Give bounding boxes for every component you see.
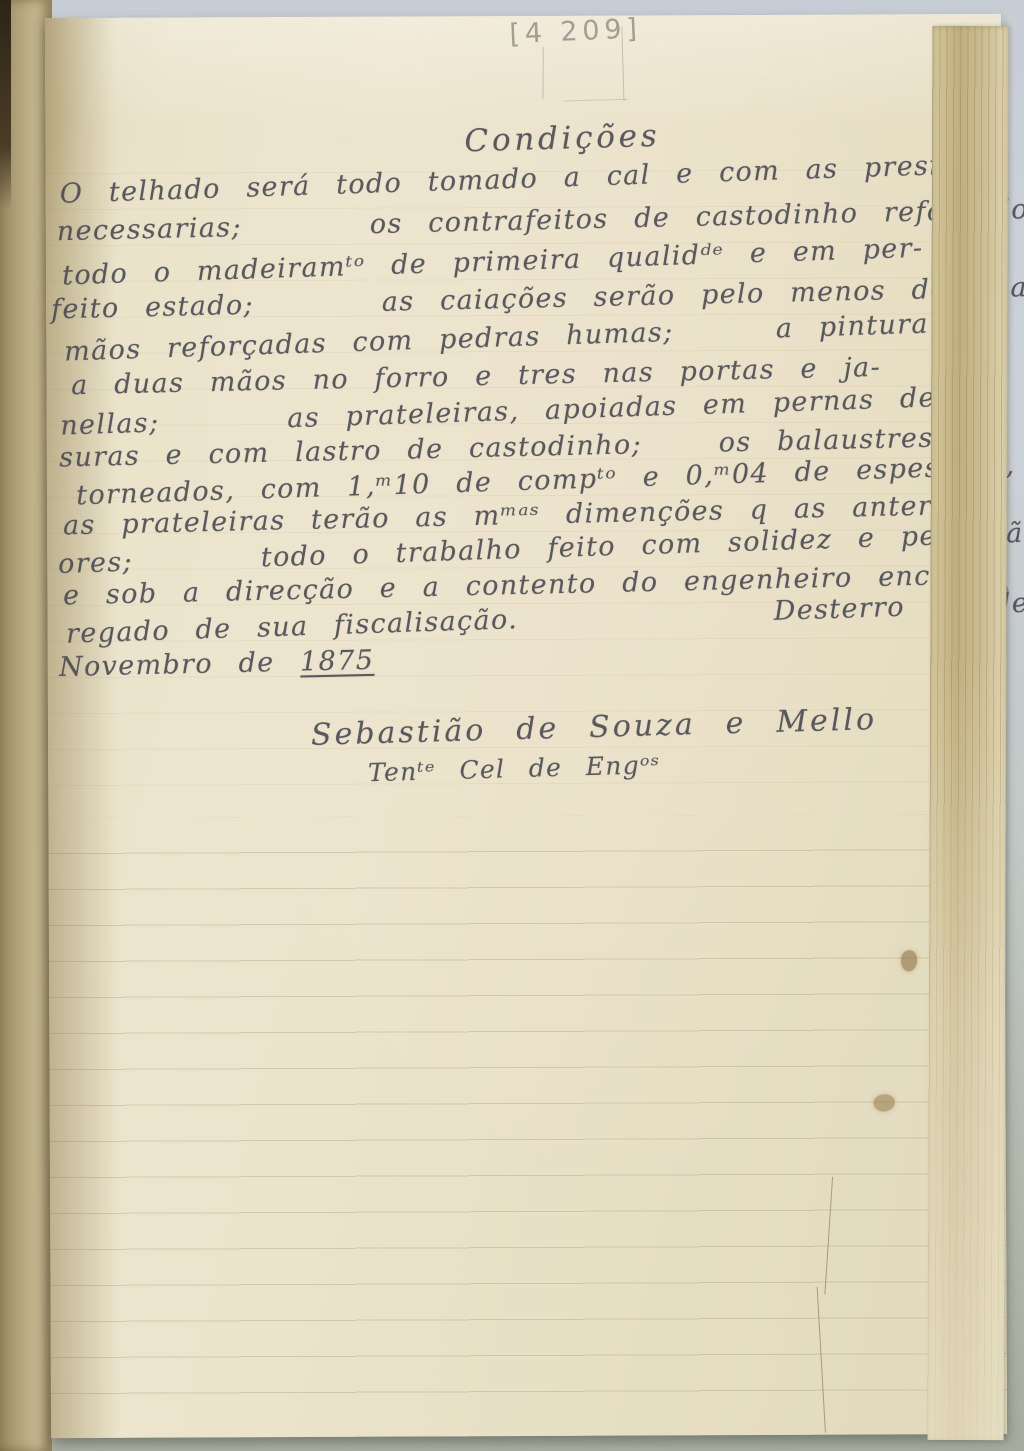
manuscript-page: [4 209] Condições O telhado será todo to…: [45, 14, 1007, 1438]
date-year: 1875: [300, 645, 375, 678]
manuscript-date-line: Novembro de 1875: [59, 645, 375, 683]
book-cover-edge: [0, 0, 11, 210]
page-edge-stack: [928, 26, 1009, 1440]
handwriting-layer: [4 209] Condições O telhado será todo to…: [41, 0, 1024, 1439]
manuscript-heading: Condições: [464, 118, 661, 159]
signature-title: Tenᵗᵉ Cel de Engᵒˢ: [368, 750, 661, 787]
pencil-stroke: [542, 47, 543, 99]
photo-scene: [4 209] Condições O telhado será todo to…: [0, 0, 1024, 1451]
signature-name: Sebastião de Souza e Mello: [311, 702, 878, 753]
book-gutter-edge: [0, 0, 52, 1451]
pencil-stroke: [563, 99, 627, 102]
date-prefix: Novembro de: [59, 647, 301, 683]
